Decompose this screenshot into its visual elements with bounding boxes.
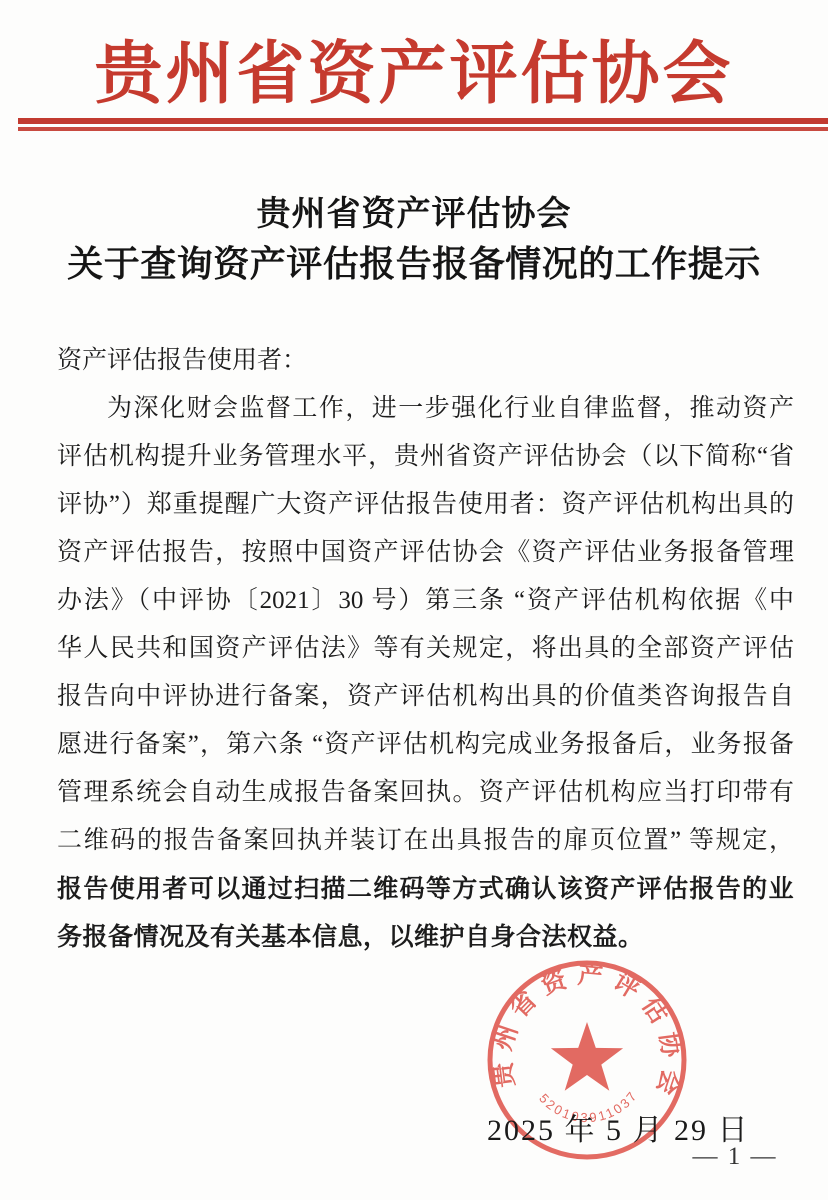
- body-line: 管理系统会自动生成报告备案回执。资产评估机构应当打印带有: [57, 769, 794, 817]
- body-line: 评协”）郑重提醒广大资产评估报告使用者：资产评估机构出具的: [57, 481, 794, 529]
- document-title-line1: 贵州省资产评估协会: [0, 192, 828, 238]
- body-line: 办法》（中评协〔2021〕30 号）第三条 “资产评估机构依据《中: [57, 577, 794, 625]
- body-line: 报告向中评协进行备案，资产评估机构出具的价值类咨询报告自: [57, 673, 794, 721]
- document-title-line2: 关于查询资产评估报告报备情况的工作提示: [0, 238, 828, 290]
- letterhead-divider: [18, 118, 828, 131]
- body-line: 华人民共和国资产评估法》等有关规定，将出具的全部资产评估: [57, 625, 794, 673]
- body-paragraph-lines: 为深化财会监督工作，进一步强化行业自律监督，推动资产评估机构提升业务管理水平，贵…: [57, 385, 794, 961]
- salutation-line: 资产评估报告使用者：: [57, 337, 794, 385]
- body-line: 愿进行备案”，第六条 “资产评估机构完成业务报备后，业务报备: [57, 721, 794, 769]
- document-title: 贵州省资产评估协会 关于查询资产评估报告报备情况的工作提示: [0, 192, 828, 290]
- body-line: 为深化财会监督工作，进一步强化行业自律监督，推动资产: [57, 385, 794, 433]
- body-line: 评估机构提升业务管理水平，贵州省资产评估协会（以下简称“省: [57, 433, 794, 481]
- seal-star-icon: [551, 1022, 623, 1091]
- body-text: 资产评估报告使用者： 为深化财会监督工作，进一步强化行业自律监督，推动资产评估机…: [57, 337, 794, 961]
- letterhead-org-name: 贵州省资产评估协会: [0, 20, 828, 117]
- body-line: 报告使用者可以通过扫描二维码等方式确认该资产评估报告的业: [57, 865, 794, 913]
- document-date: 2025 年 5 月 29 日: [487, 1105, 750, 1149]
- body-line: 资产评估报告，按照中国资产评估协会《资产评估业务报备管理: [57, 529, 794, 577]
- body-line: 二维码的报告备案回执并装订在出具报告的扉页位置” 等规定，: [57, 817, 794, 865]
- document-page: 贵州省资产评估协会 贵州省资产评估协会 关于查询资产评估报告报备情况的工作提示 …: [0, 0, 828, 1200]
- body-line: 务报备情况及有关基本信息，以维护自身合法权益。: [57, 913, 794, 961]
- divider-thin-line: [18, 127, 828, 131]
